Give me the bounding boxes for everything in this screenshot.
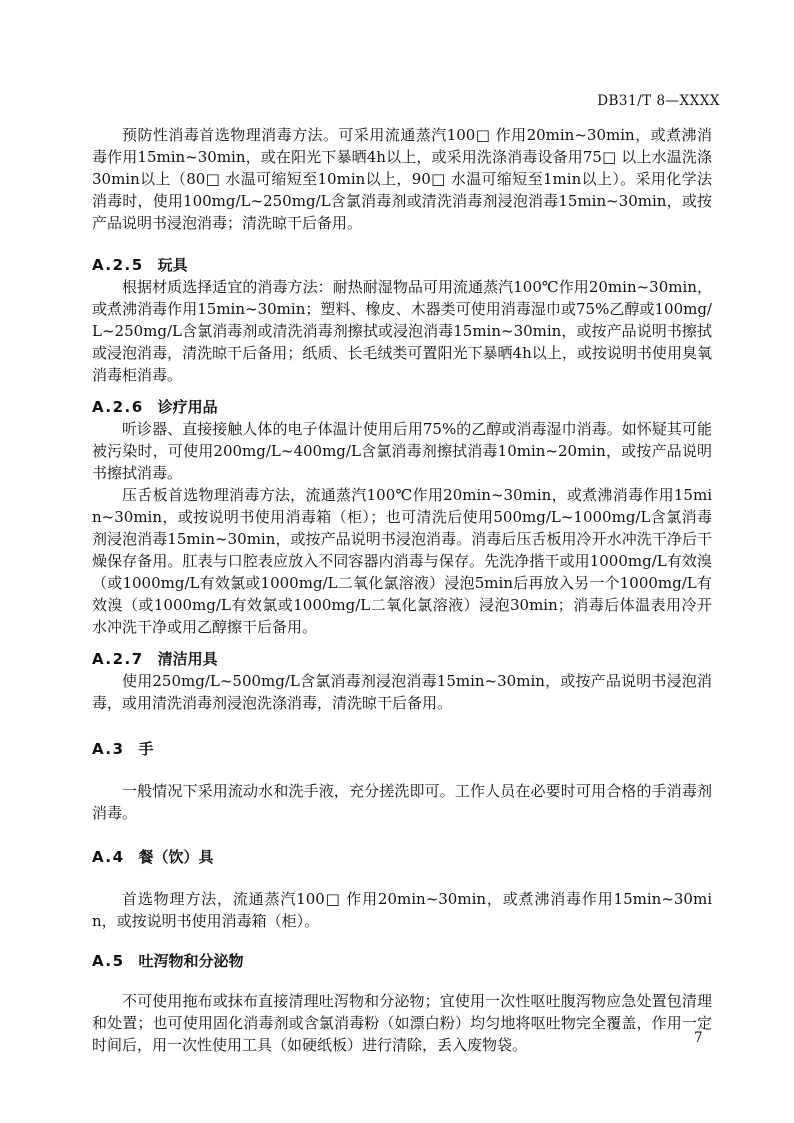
- section-number: A.2.7: [92, 650, 144, 668]
- section-title: 诊疗用品: [158, 398, 218, 416]
- document-page: DB31/T 8—XXXX 预防性消毒首选物理消毒方法。可采用流通蒸汽100□ …: [0, 0, 794, 1123]
- section-heading: A.2.5玩具: [92, 254, 712, 276]
- section-number: A.4: [92, 848, 125, 866]
- section-title: 清洁用具: [158, 650, 218, 668]
- page-header-standard-code: DB31/T 8—XXXX: [597, 93, 720, 109]
- section-paragraph: 不可使用拖布或抹布直接清理吐泻物和分泌物；宜使用一次性呕吐腹泻物应急处置包清理和…: [92, 990, 712, 1056]
- section-paragraph: 压舌板首选物理消毒方法，流通蒸汽100℃作用20min~30min，或煮沸消毒作…: [92, 484, 712, 638]
- section-a5-vomit-secretions: A.5吐泻物和分泌物 不可使用拖布或抹布直接清理吐泻物和分泌物；宜使用一次性呕吐…: [92, 950, 712, 1056]
- section-paragraph: 首选物理方法，流通蒸汽100□ 作用20min~30min，或煮沸消毒作用15m…: [92, 888, 712, 932]
- section-title: 玩具: [158, 256, 188, 274]
- section-a4-tableware: A.4餐（饮）具 首选物理方法，流通蒸汽100□ 作用20min~30min，或…: [92, 846, 712, 932]
- section-number: A.2.6: [92, 398, 144, 416]
- section-heading: A.3手: [92, 738, 712, 760]
- document-body: 预防性消毒首选物理消毒方法。可采用流通蒸汽100□ 作用20min~30min，…: [92, 124, 712, 1056]
- section-number: A.3: [92, 740, 125, 758]
- section-number: A.2.5: [92, 256, 144, 274]
- section-paragraph: 听诊器、直接接触人体的电子体温计使用后用75%的乙醇或消毒湿巾消毒。如怀疑其可能…: [92, 418, 712, 484]
- section-number: A.5: [92, 952, 125, 970]
- section-title: 手: [139, 740, 154, 758]
- section-a3-hands: A.3手 一般情况下采用流动水和洗手液，充分搓洗即可。工作人员在必要时可用合格的…: [92, 738, 712, 824]
- section-a25-toys: A.2.5玩具 根据材质选择适宜的消毒方法：耐热耐湿物品可用流通蒸汽100℃作用…: [92, 254, 712, 386]
- section-title: 吐泻物和分泌物: [139, 952, 244, 970]
- section-heading: A.2.6诊疗用品: [92, 396, 712, 418]
- section-a27-cleaning-tools: A.2.7清洁用具 使用250mg/L~500mg/L含氯消毒剂浸泡消毒15mi…: [92, 648, 712, 714]
- section-title: 餐（饮）具: [139, 848, 214, 866]
- section-heading: A.4餐（饮）具: [92, 846, 712, 868]
- section-paragraph: 使用250mg/L~500mg/L含氯消毒剂浸泡消毒15min~30min，或按…: [92, 670, 712, 714]
- page-number: 7: [694, 1030, 703, 1046]
- section-paragraph: 根据材质选择适宜的消毒方法：耐热耐湿物品可用流通蒸汽100℃作用20min~30…: [92, 276, 712, 386]
- section-heading: A.2.7清洁用具: [92, 648, 712, 670]
- section-paragraph: 一般情况下采用流动水和洗手液，充分搓洗即可。工作人员在必要时可用合格的手消毒剂消…: [92, 780, 712, 824]
- intro-paragraph: 预防性消毒首选物理消毒方法。可采用流通蒸汽100□ 作用20min~30min，…: [92, 124, 712, 234]
- section-heading: A.5吐泻物和分泌物: [92, 950, 712, 972]
- section-a26-medical-items: A.2.6诊疗用品 听诊器、直接接触人体的电子体温计使用后用75%的乙醇或消毒湿…: [92, 396, 712, 638]
